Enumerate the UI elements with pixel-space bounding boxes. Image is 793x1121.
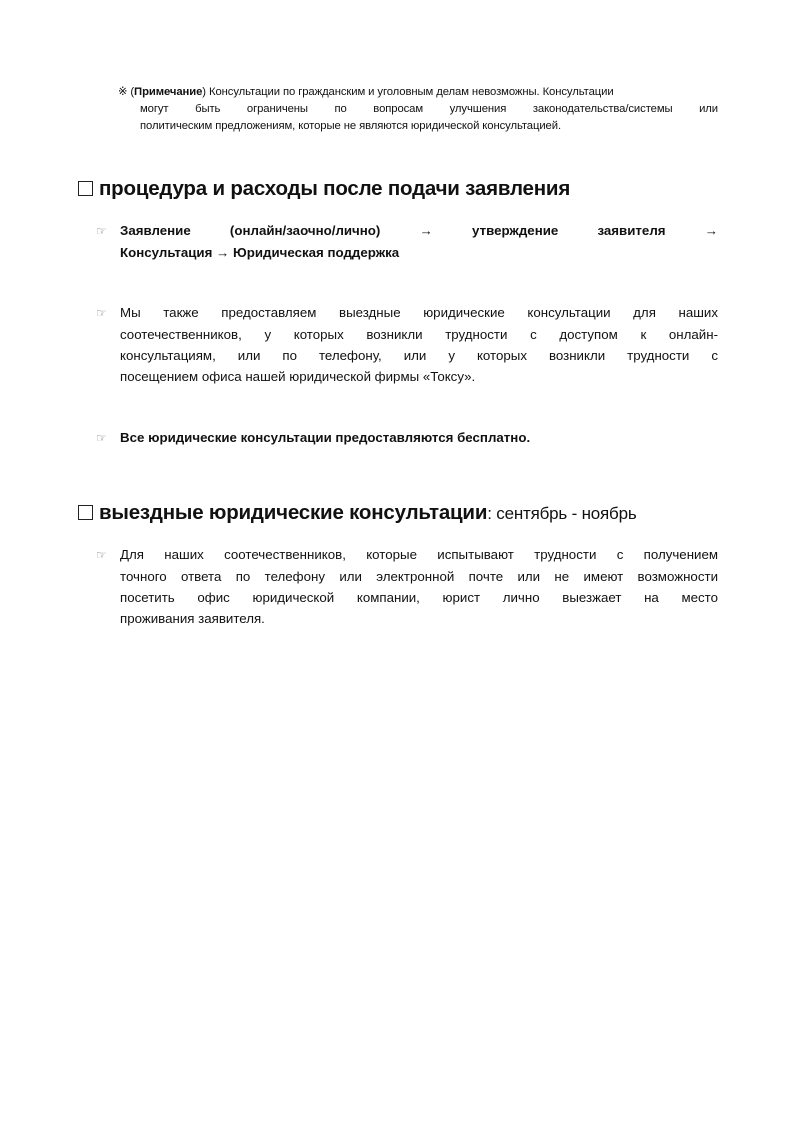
bullet-text: Для наших соотечественников, которые исп… [120, 547, 718, 562]
note-line-1: ※(Примечание) Консультации по граждански… [118, 84, 718, 101]
section-date-range: : сентябрь - ноябрь [487, 504, 636, 523]
note-line-3: политическим предложениям, которые не яв… [118, 118, 718, 135]
note-text-1: Консультации по гражданским и уголовным … [206, 86, 614, 98]
pointing-hand-icon: ☞ [96, 303, 114, 324]
bullet-line-3: консультациям, или по телефону, или у ко… [96, 345, 718, 366]
document-page: ※(Примечание) Консультации по граждански… [0, 0, 793, 1121]
bullet-line-4: проживания заявителя. [96, 608, 718, 629]
bullet-line-1: ☞Заявление (онлайн/заочно/лично) → утвер… [96, 220, 718, 242]
section-heading-procedure: процедура и расходы после подачи заявлен… [78, 176, 570, 202]
reference-mark-icon: ※ [118, 86, 127, 98]
section-title: процедура и расходы после подачи заявлен… [99, 177, 570, 200]
bullet-line-1: ☞Для наших соотечественников, которые ис… [96, 544, 718, 566]
bullet-text: Все юридические консультации предоставля… [120, 430, 530, 445]
bullet-line-1: ☞Все юридические консультации предоставл… [96, 427, 718, 449]
section-title: выездные юридические консультации [99, 501, 487, 524]
bullet-line-1: ☞Мы также предоставляем выездные юридиче… [96, 302, 718, 324]
bullet-procedure-flow: ☞Заявление (онлайн/заочно/лично) → утвер… [96, 220, 718, 263]
section-heading-field-consultations: выездные юридические консультации: сентя… [78, 500, 636, 527]
bullet-text: Мы также предоставляем выездные юридичес… [120, 305, 718, 320]
note-label: Примечание [134, 86, 202, 98]
bullet-line-3: посетить офис юридической компании, юрис… [96, 587, 718, 608]
checkbox-square-icon [78, 505, 93, 520]
bullet-field-consultations: ☞Мы также предоставляем выездные юридиче… [96, 302, 718, 387]
bullet-line-4: посещением офиса нашей юридической фирмы… [96, 366, 718, 387]
bullet-text: Заявление (онлайн/заочно/лично) → утверж… [120, 223, 718, 238]
note-paragraph: ※(Примечание) Консультации по граждански… [118, 84, 718, 135]
bullet-lawyer-visit: ☞Для наших соотечественников, которые ис… [96, 544, 718, 629]
bullet-line-2: Консультация → Юридическая поддержка [96, 242, 718, 263]
bullet-free-consultations: ☞Все юридические консультации предоставл… [96, 427, 718, 449]
bullet-line-2: соотечественников, у которых возникли тр… [96, 324, 718, 345]
bullet-line-2: точного ответа по телефону или электронн… [96, 566, 718, 587]
pointing-hand-icon: ☞ [96, 545, 114, 566]
pointing-hand-icon: ☞ [96, 428, 114, 449]
checkbox-square-icon [78, 181, 93, 196]
note-line-2: могут быть ограничены по вопросам улучше… [118, 101, 718, 118]
pointing-hand-icon: ☞ [96, 221, 114, 242]
